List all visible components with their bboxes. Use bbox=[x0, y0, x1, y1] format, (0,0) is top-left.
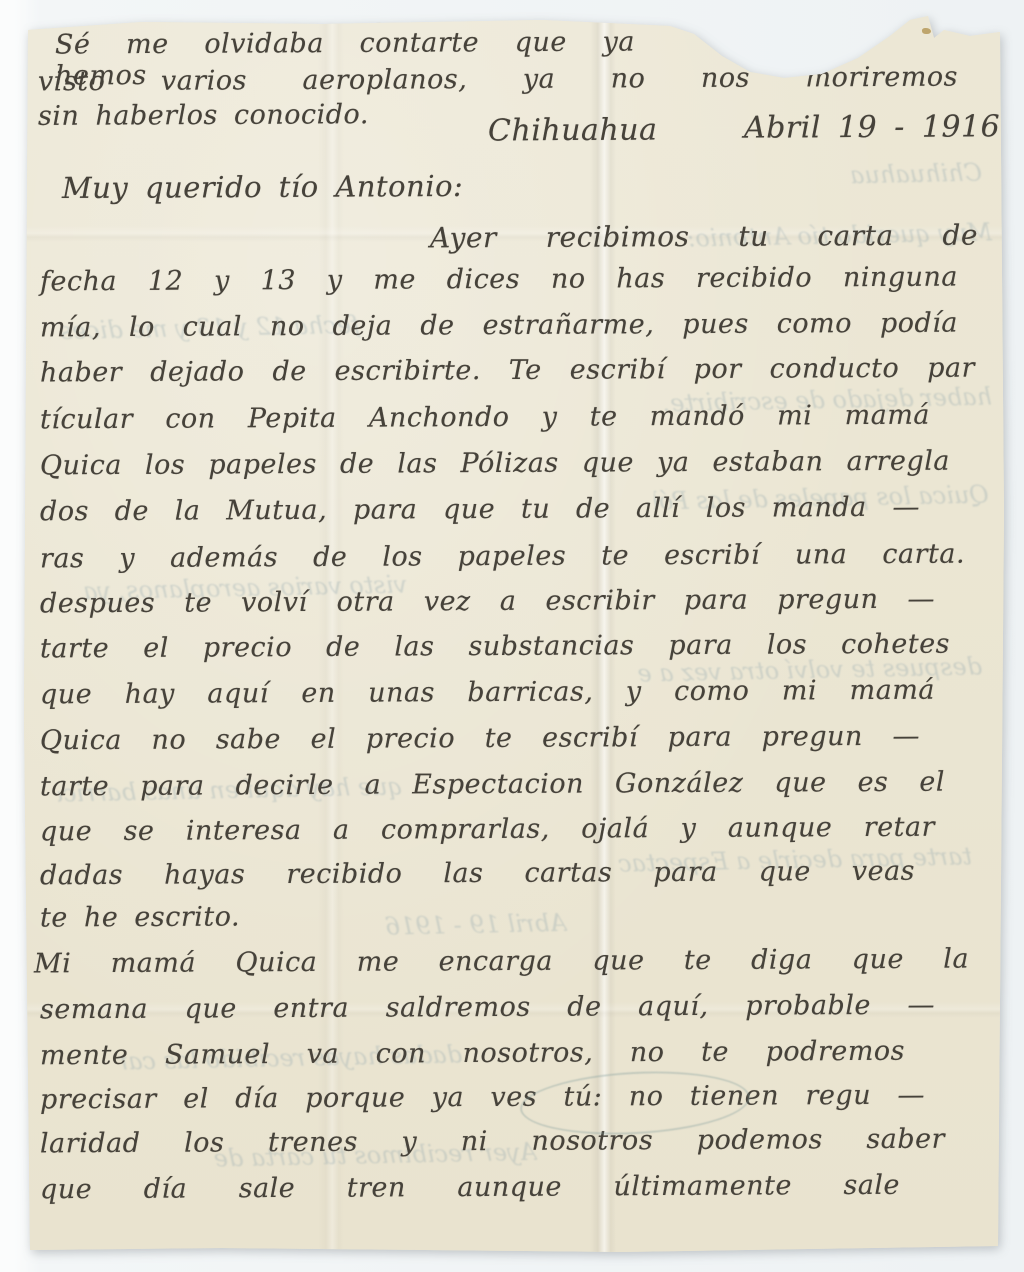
postscript-line: visto varios aeroplanos, ya no nos morir… bbox=[38, 62, 958, 98]
scanned-letter-page: ChihuahuaMuy querido tío Antonio:fecha 1… bbox=[0, 0, 1024, 1272]
body-line: mía, lo cual no deja de estrañarme, pues… bbox=[40, 308, 958, 344]
salutation: Muy querido tío Antonio: bbox=[62, 169, 463, 205]
body-line: precisar el día porque ya ves tú: no tie… bbox=[40, 1080, 925, 1116]
body-line: semana que entra saldremos de aquí, prob… bbox=[40, 990, 935, 1026]
body-line: tícular con Pepita Anchondo y te mandó m… bbox=[40, 400, 930, 436]
body-line: que día sale tren aunque últimamente sal… bbox=[40, 1170, 900, 1206]
body-line: dadas hayas recibido las cartas para que… bbox=[40, 856, 915, 892]
body-line: haber dejado de escribirte. Te escribí p… bbox=[40, 353, 975, 389]
body-line: tarte el precio de las substancias para … bbox=[40, 629, 950, 665]
body-line: mente Samuel va con nosotros, no te podr… bbox=[40, 1036, 905, 1072]
tape-speck bbox=[370, 16, 384, 23]
body-line: que se interesa a comprarlas, ojalá y au… bbox=[40, 812, 935, 848]
body-line: ras y además de los papeles te escribí u… bbox=[40, 539, 965, 575]
body-line: que hay aquí en unas barricas, y como mi… bbox=[40, 675, 935, 711]
tape-speck bbox=[642, 17, 652, 23]
tape-speck bbox=[606, 14, 624, 20]
body-line: Quica no sabe el precio te escribí para … bbox=[40, 721, 920, 757]
letter-paper: ChihuahuaMuy querido tío Antonio:fecha 1… bbox=[22, 14, 1004, 1254]
body-line: dos de la Mutua, para que tu de allí los… bbox=[40, 492, 920, 528]
postscript-line: sin haberlos conocido. bbox=[38, 99, 378, 132]
body-line: laridad los trenes y ni nosotros podemos… bbox=[40, 1124, 945, 1160]
body-line: Ayer recibimos tu carta de bbox=[430, 219, 978, 255]
letter-paper-wrapper: ChihuahuaMuy querido tío Antonio:fecha 1… bbox=[22, 14, 1004, 1254]
body-line: tarte para decirle a Espectacion Gonzále… bbox=[40, 767, 945, 803]
body-line: Quica los papeles de las Pólizas que ya … bbox=[40, 446, 950, 482]
dateline-date: Abril 19 - 1916 bbox=[744, 109, 1000, 145]
body-line: Mi mamá Quica me encarga que te diga que… bbox=[34, 944, 969, 980]
body-line: te he escrito. bbox=[40, 901, 240, 933]
body-line: fecha 12 y 13 y me dices no has recibido… bbox=[40, 262, 958, 298]
body-line: despues te volví otra vez a escribir par… bbox=[40, 584, 935, 620]
handwriting-layer: Sé me olvidaba contarte que ya hemosvist… bbox=[22, 14, 1004, 1254]
dateline-place: Chihuahua bbox=[488, 113, 658, 149]
